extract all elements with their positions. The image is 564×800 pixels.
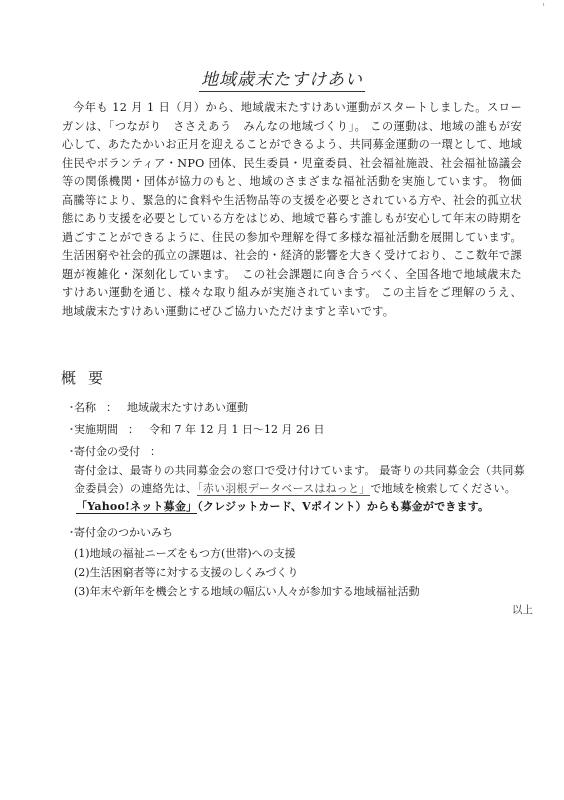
overview-item-period: ・実施期間：令和 7 年 12 月 1 日～12 月 26 日 — [66, 421, 526, 443]
bullet-icon: ・ — [66, 524, 74, 542]
separator: ： — [140, 443, 171, 461]
yahoo-donation-line: 「Yahoo!ネット募金」（クレジットカード、Vポイント）からも募金ができます。 — [74, 498, 526, 516]
overview-heading: 概要 — [61, 367, 115, 388]
yahoo-net-bokin-link[interactable]: 「Yahoo!ネット募金」 — [76, 500, 197, 514]
item-label: 名称 — [74, 399, 96, 417]
uses-item: (2)生活困窮者等に対する支援のしくみづくり — [74, 563, 526, 582]
uses-list: (1)地域の福祉ニーズをもつ方(世帯)への支援 (2)生活困窮者等に対する支援の… — [66, 544, 526, 601]
item-value: 令和 7 年 12 月 1 日～12 月 26 日 — [149, 421, 324, 439]
overview-list: ・名称：地域歳末たすけあい運動 ・実施期間：令和 7 年 12 月 1 日～12… — [66, 399, 526, 601]
yahoo-donation-note: （クレジットカード、Vポイント）からも募金ができます。 — [197, 500, 489, 513]
separator: ： — [118, 421, 149, 439]
item-label: 寄付金のつかいみち — [74, 524, 173, 542]
item-value: 地域歳末たすけあい運動 — [127, 399, 248, 417]
document-title: 地域歳末たすけあい — [199, 70, 365, 92]
item-label: 寄付金の受付 — [74, 443, 140, 461]
donation-line-after: で地域を検索してください。 — [370, 482, 516, 495]
intro-section: 今年も 12 月 1 日（月）から、地域歳末たすけあい運動がスタートしました。ス… — [62, 99, 522, 321]
uses-item: (3)年末や新年を機会とする地域の幅広い人々が参加する地域福祉活動 — [74, 582, 526, 601]
separator: ： — [96, 399, 127, 417]
bullet-icon: ・ — [66, 443, 74, 461]
donation-text: 寄付金は、最寄りの共同募金会の窓口で受け付けています。 最寄りの共同募金会（共同… — [74, 462, 526, 498]
closing-mark: 以上 — [512, 602, 533, 617]
overview-item-name: ・名称：地域歳末たすけあい運動 — [66, 399, 526, 421]
document-title-block: 地域歳末たすけあい — [0, 65, 564, 90]
uses-item: (1)地域の福祉ニーズをもつ方(世帯)への支援 — [74, 544, 526, 563]
donation-description: 寄付金は、最寄りの共同募金会の窓口で受け付けています。 最寄りの共同募金会（共同… — [66, 462, 526, 516]
item-label: 実施期間 — [74, 421, 118, 439]
bullet-icon: ・ — [66, 421, 74, 439]
page-number: 1 — [542, 2, 545, 7]
overview-item-uses: ・寄付金のつかいみち — [66, 524, 526, 546]
hanet-database-link[interactable]: 「赤い羽根データベースはねっと」 — [197, 482, 370, 496]
intro-paragraph: 今年も 12 月 1 日（月）から、地域歳末たすけあい運動がスタートしました。ス… — [62, 99, 522, 321]
bullet-icon: ・ — [66, 399, 74, 417]
